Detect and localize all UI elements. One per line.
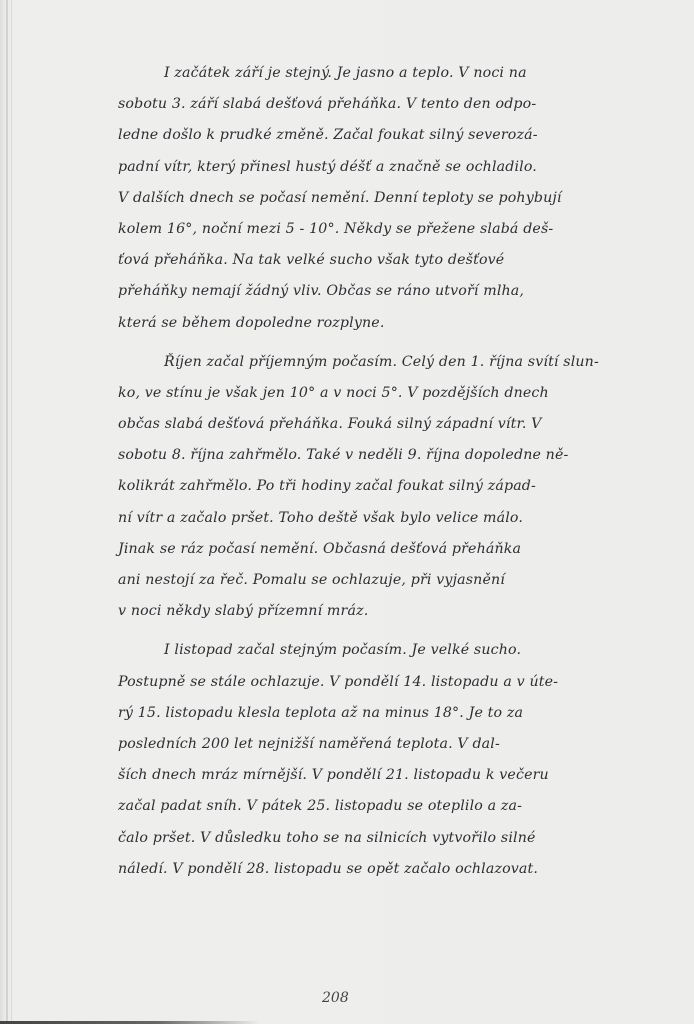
text-line: v noci někdy slabý přízemní mráz. bbox=[118, 596, 628, 627]
text-line: ťová přeháňka. Na tak velké sucho však t… bbox=[118, 245, 628, 276]
text-line: sobotu 3. září slabá dešťová přeháňka. V… bbox=[118, 89, 628, 120]
text-line: ších dnech mráz mírnější. V pondělí 21. … bbox=[118, 760, 628, 791]
paragraph-september: I začátek září je stejný. Je jasno a tep… bbox=[118, 58, 628, 339]
text-line: která se během dopoledne rozplyne. bbox=[118, 308, 628, 339]
text-line: I začátek září je stejný. Je jasno a tep… bbox=[118, 58, 628, 89]
text-line: padní vítr, který přinesl hustý déšť a z… bbox=[118, 152, 628, 183]
text-line: kolikrát zahřmělo. Po tři hodiny začal f… bbox=[118, 471, 628, 502]
binding-edge-inner bbox=[11, 0, 12, 1024]
text-line: čalo pršet. V důsledku toho se na silnic… bbox=[118, 823, 628, 854]
text-line: přeháňky nemají žádný vliv. Občas se rán… bbox=[118, 276, 628, 307]
text-line: kolem 16°, noční mezi 5 - 10°. Někdy se … bbox=[118, 214, 628, 245]
paragraph-october: Říjen začal příjemným počasím. Celý den … bbox=[118, 347, 628, 628]
text-line: Postupně se stále ochlazuje. V pondělí 1… bbox=[118, 667, 628, 698]
scanned-page: I začátek září je stejný. Je jasno a tep… bbox=[0, 0, 694, 1024]
text-line: posledních 200 let nejnižší naměřená tep… bbox=[118, 729, 628, 760]
text-line: ní vítr a začalo pršet. Toho deště však … bbox=[118, 503, 628, 534]
paragraph-november: I listopad začal stejným počasím. Je vel… bbox=[118, 635, 628, 885]
text-line: I listopad začal stejným počasím. Je vel… bbox=[118, 635, 628, 666]
page-number: 208 bbox=[322, 990, 349, 1006]
text-line: rý 15. listopadu klesla teplota až na mi… bbox=[118, 698, 628, 729]
text-line: ledne došlo k prudké změně. Začal foukat… bbox=[118, 120, 628, 151]
handwritten-text-body: I začátek září je stejný. Je jasno a tep… bbox=[118, 58, 628, 885]
text-line: sobotu 8. října zahřmělo. Také v neděli … bbox=[118, 440, 628, 471]
text-line: občas slabá dešťová přeháňka. Fouká siln… bbox=[118, 409, 628, 440]
text-line: ko, ve stínu je však jen 10° a v noci 5°… bbox=[118, 378, 628, 409]
text-line: náledí. V pondělí 28. listopadu se opět … bbox=[118, 854, 628, 885]
text-line: Jinak se ráz počasí nemění. Občasná dešť… bbox=[118, 534, 628, 565]
text-line: V dalších dnech se počasí nemění. Denní … bbox=[118, 183, 628, 214]
binding-edge bbox=[6, 0, 8, 1024]
text-line: ani nestojí za řeč. Pomalu se ochlazuje,… bbox=[118, 565, 628, 596]
text-line: Říjen začal příjemným počasím. Celý den … bbox=[118, 347, 628, 378]
text-line: začal padat sníh. V pátek 25. listopadu … bbox=[118, 791, 628, 822]
